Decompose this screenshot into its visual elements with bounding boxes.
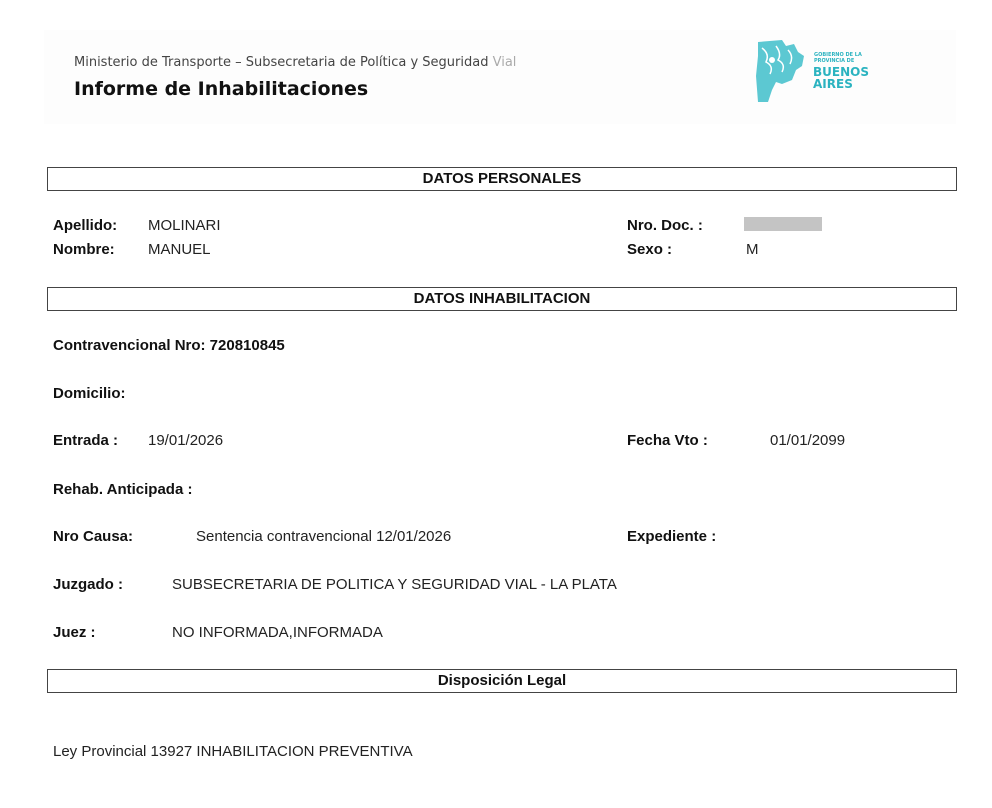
contravencional-number: Contravencional Nro: 720810845: [53, 337, 285, 354]
expediente-label: Expediente :: [627, 528, 716, 545]
doc-value-redacted: [744, 217, 822, 231]
domicilio-label: Domicilio:: [53, 385, 126, 402]
doc-label: Nro. Doc. :: [627, 217, 703, 234]
section-datos-inhabilitacion: DATOS INHABILITACION: [47, 287, 957, 311]
report-title: Informe de Inhabilitaciones: [74, 78, 368, 100]
rehab-anticipada-label: Rehab. Anticipada :: [53, 481, 192, 498]
fecha-vto-label: Fecha Vto :: [627, 432, 708, 449]
juez-label: Juez :: [53, 624, 96, 641]
entrada-value: 19/01/2026: [148, 432, 223, 449]
sexo-label: Sexo :: [627, 241, 672, 258]
juzgado-label: Juzgado :: [53, 576, 123, 593]
section-disposicion-legal: Disposición Legal: [47, 669, 957, 693]
ministry-name-tail: Vial: [488, 55, 516, 70]
apellido-label: Apellido:: [53, 217, 117, 234]
buenos-aires-province-map-icon: [752, 36, 808, 106]
nro-causa-value: Sentencia contravencional 12/01/2026: [196, 528, 451, 545]
province-logo: GOBIERNO DE LAPROVINCIA DE BUENOSAIRES: [752, 36, 872, 106]
sexo-value: M: [746, 241, 759, 258]
nombre-label: Nombre:: [53, 241, 115, 258]
apellido-value: MOLINARI: [148, 217, 221, 234]
ministry-name: Ministerio de Transporte – Subsecretaria…: [74, 55, 488, 70]
disposicion-text: Ley Provincial 13927 INHABILITACION PREV…: [53, 743, 413, 760]
nro-causa-label: Nro Causa:: [53, 528, 133, 545]
ministry-subtitle: Ministerio de Transporte – Subsecretaria…: [74, 55, 516, 70]
section-datos-personales: DATOS PERSONALES: [47, 167, 957, 191]
juez-value: NO INFORMADA,INFORMADA: [172, 624, 383, 641]
entrada-label: Entrada :: [53, 432, 118, 449]
juzgado-value: SUBSECRETARIA DE POLITICA Y SEGURIDAD VI…: [172, 576, 617, 593]
nombre-value: MANUEL: [148, 241, 211, 258]
fecha-vto-value: 01/01/2099: [770, 432, 845, 449]
logo-big-text: BUENOSAIRES: [813, 66, 869, 90]
logo-small-text: GOBIERNO DE LAPROVINCIA DE: [814, 52, 862, 64]
